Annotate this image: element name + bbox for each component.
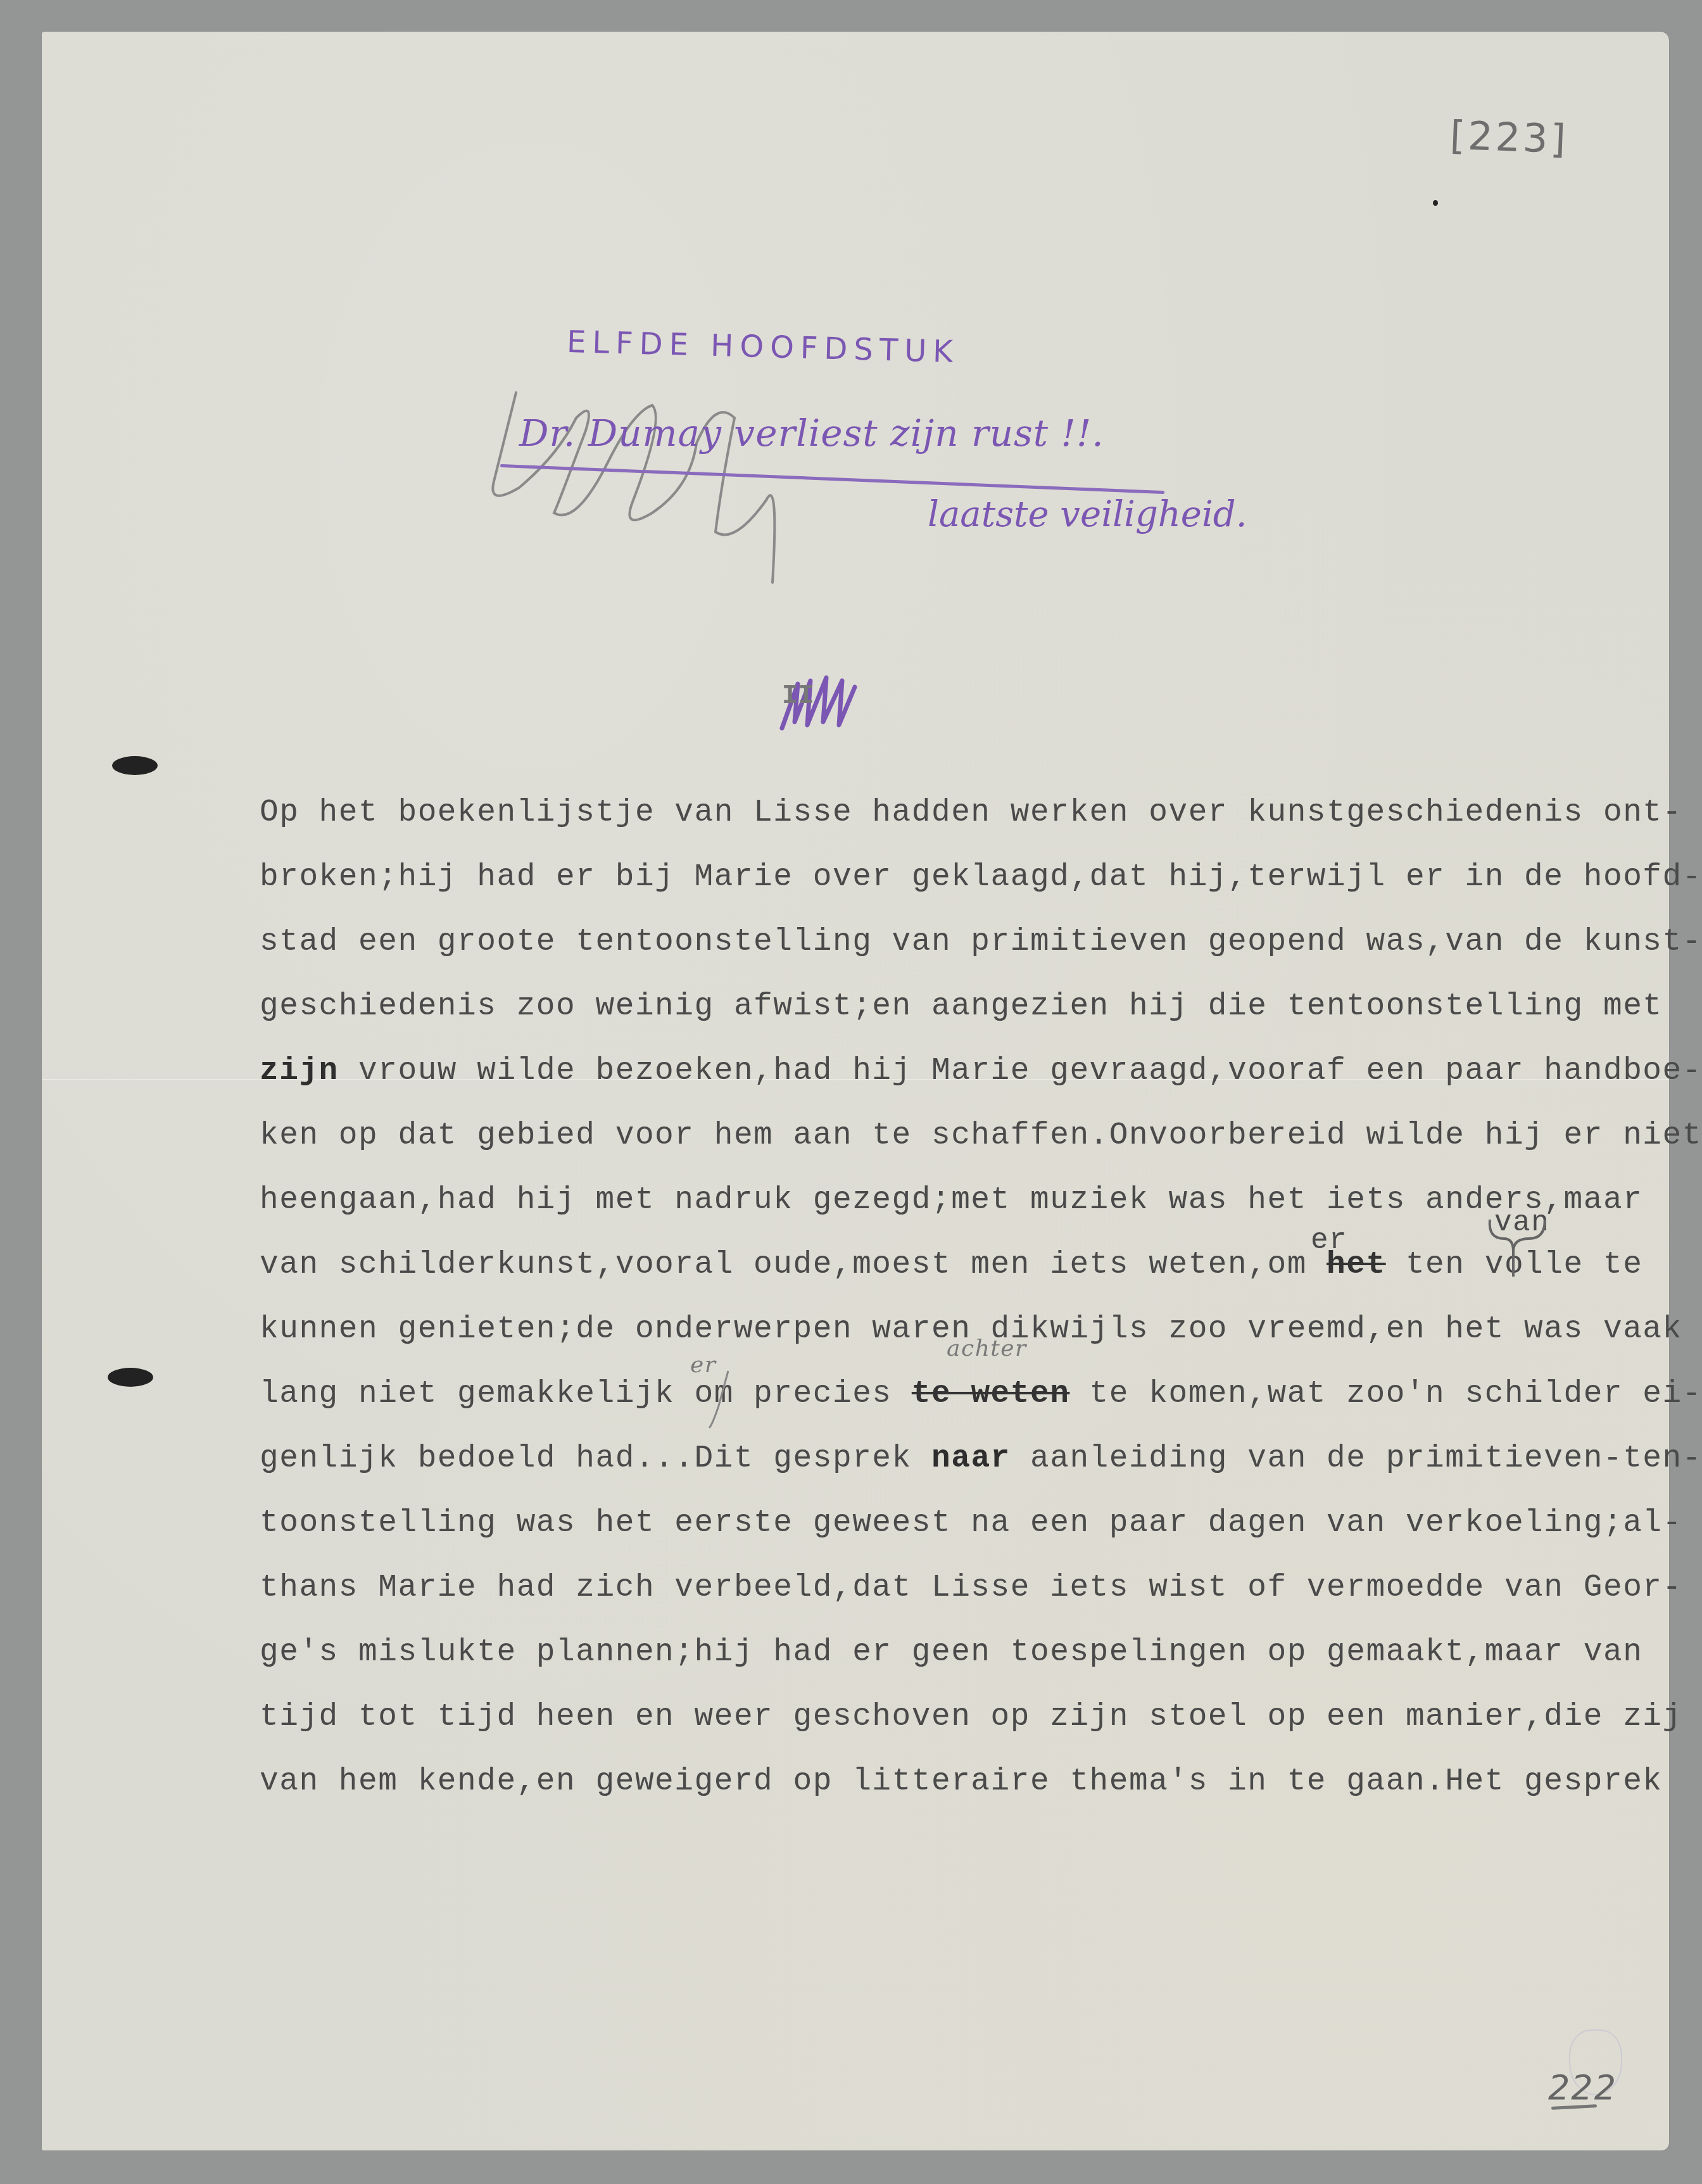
section-number-struck: II [782, 681, 814, 711]
text-line-10: lang niet gemakkelijk om precies te wete… [260, 1361, 1653, 1426]
replacement-subtitle: laatste veiligheid. [928, 494, 1247, 535]
text-line-13: thans Marie had zich verbeeld,dat Lisse … [260, 1555, 1653, 1620]
typewritten-body: Op het boekenlijstje van Lisse hadden we… [260, 780, 1653, 1814]
ink-dot [1433, 200, 1438, 206]
handwritten-insertion-2: achter [947, 1337, 1027, 1360]
text-line-2: broken;hij had er bij Marie over geklaag… [260, 845, 1653, 909]
insertion-caret-icon [1485, 1213, 1554, 1283]
bold-word: zijn [260, 1053, 339, 1089]
text-line-8: van schilderkunst,vooral oude,moest men … [260, 1232, 1653, 1297]
text-line-12: toonstelling was het eerste geweest na e… [260, 1491, 1653, 1555]
text-line-3: stad een groote tentoonstelling van prim… [260, 909, 1653, 974]
archive-number: [223] [1449, 112, 1569, 162]
text-line-6: ken op dat gebied voor hem aan te schaff… [260, 1103, 1653, 1168]
insertion-slash-icon [706, 1368, 731, 1431]
text-line-4: geschiedenis zoo weinig afwist;en aangez… [260, 974, 1653, 1038]
text-line-16: van hem kende,en geweigerd op litteraire… [260, 1749, 1653, 1814]
struck-phrase: te weten [912, 1376, 1070, 1411]
page-number: 222 [1548, 2067, 1617, 2107]
text-line-1: Op het boekenlijstje van Lisse hadden we… [260, 780, 1653, 845]
text-line-11: genlijk bedoeld had...Dit gesprek naar a… [260, 1426, 1653, 1491]
struck-subtitle: Dr. Dumay verliest zijn rust !!. [519, 412, 1104, 455]
typed-insertion: er [1311, 1226, 1347, 1255]
text-line-14: ge's mislukte plannen;hij had er geen to… [260, 1620, 1653, 1684]
text-line-7: heengaan,had hij met nadruk gezegd;met m… [260, 1168, 1653, 1232]
text-line-5: zijn vrouw wilde bezoeken,had hij Marie … [260, 1038, 1653, 1103]
punch-hole-bottom [108, 1368, 153, 1387]
punch-hole-top [112, 756, 158, 775]
bold-word: naar [931, 1441, 1011, 1476]
text-line-15: tijd tot tijd heen en weer geschoven op … [260, 1684, 1653, 1749]
